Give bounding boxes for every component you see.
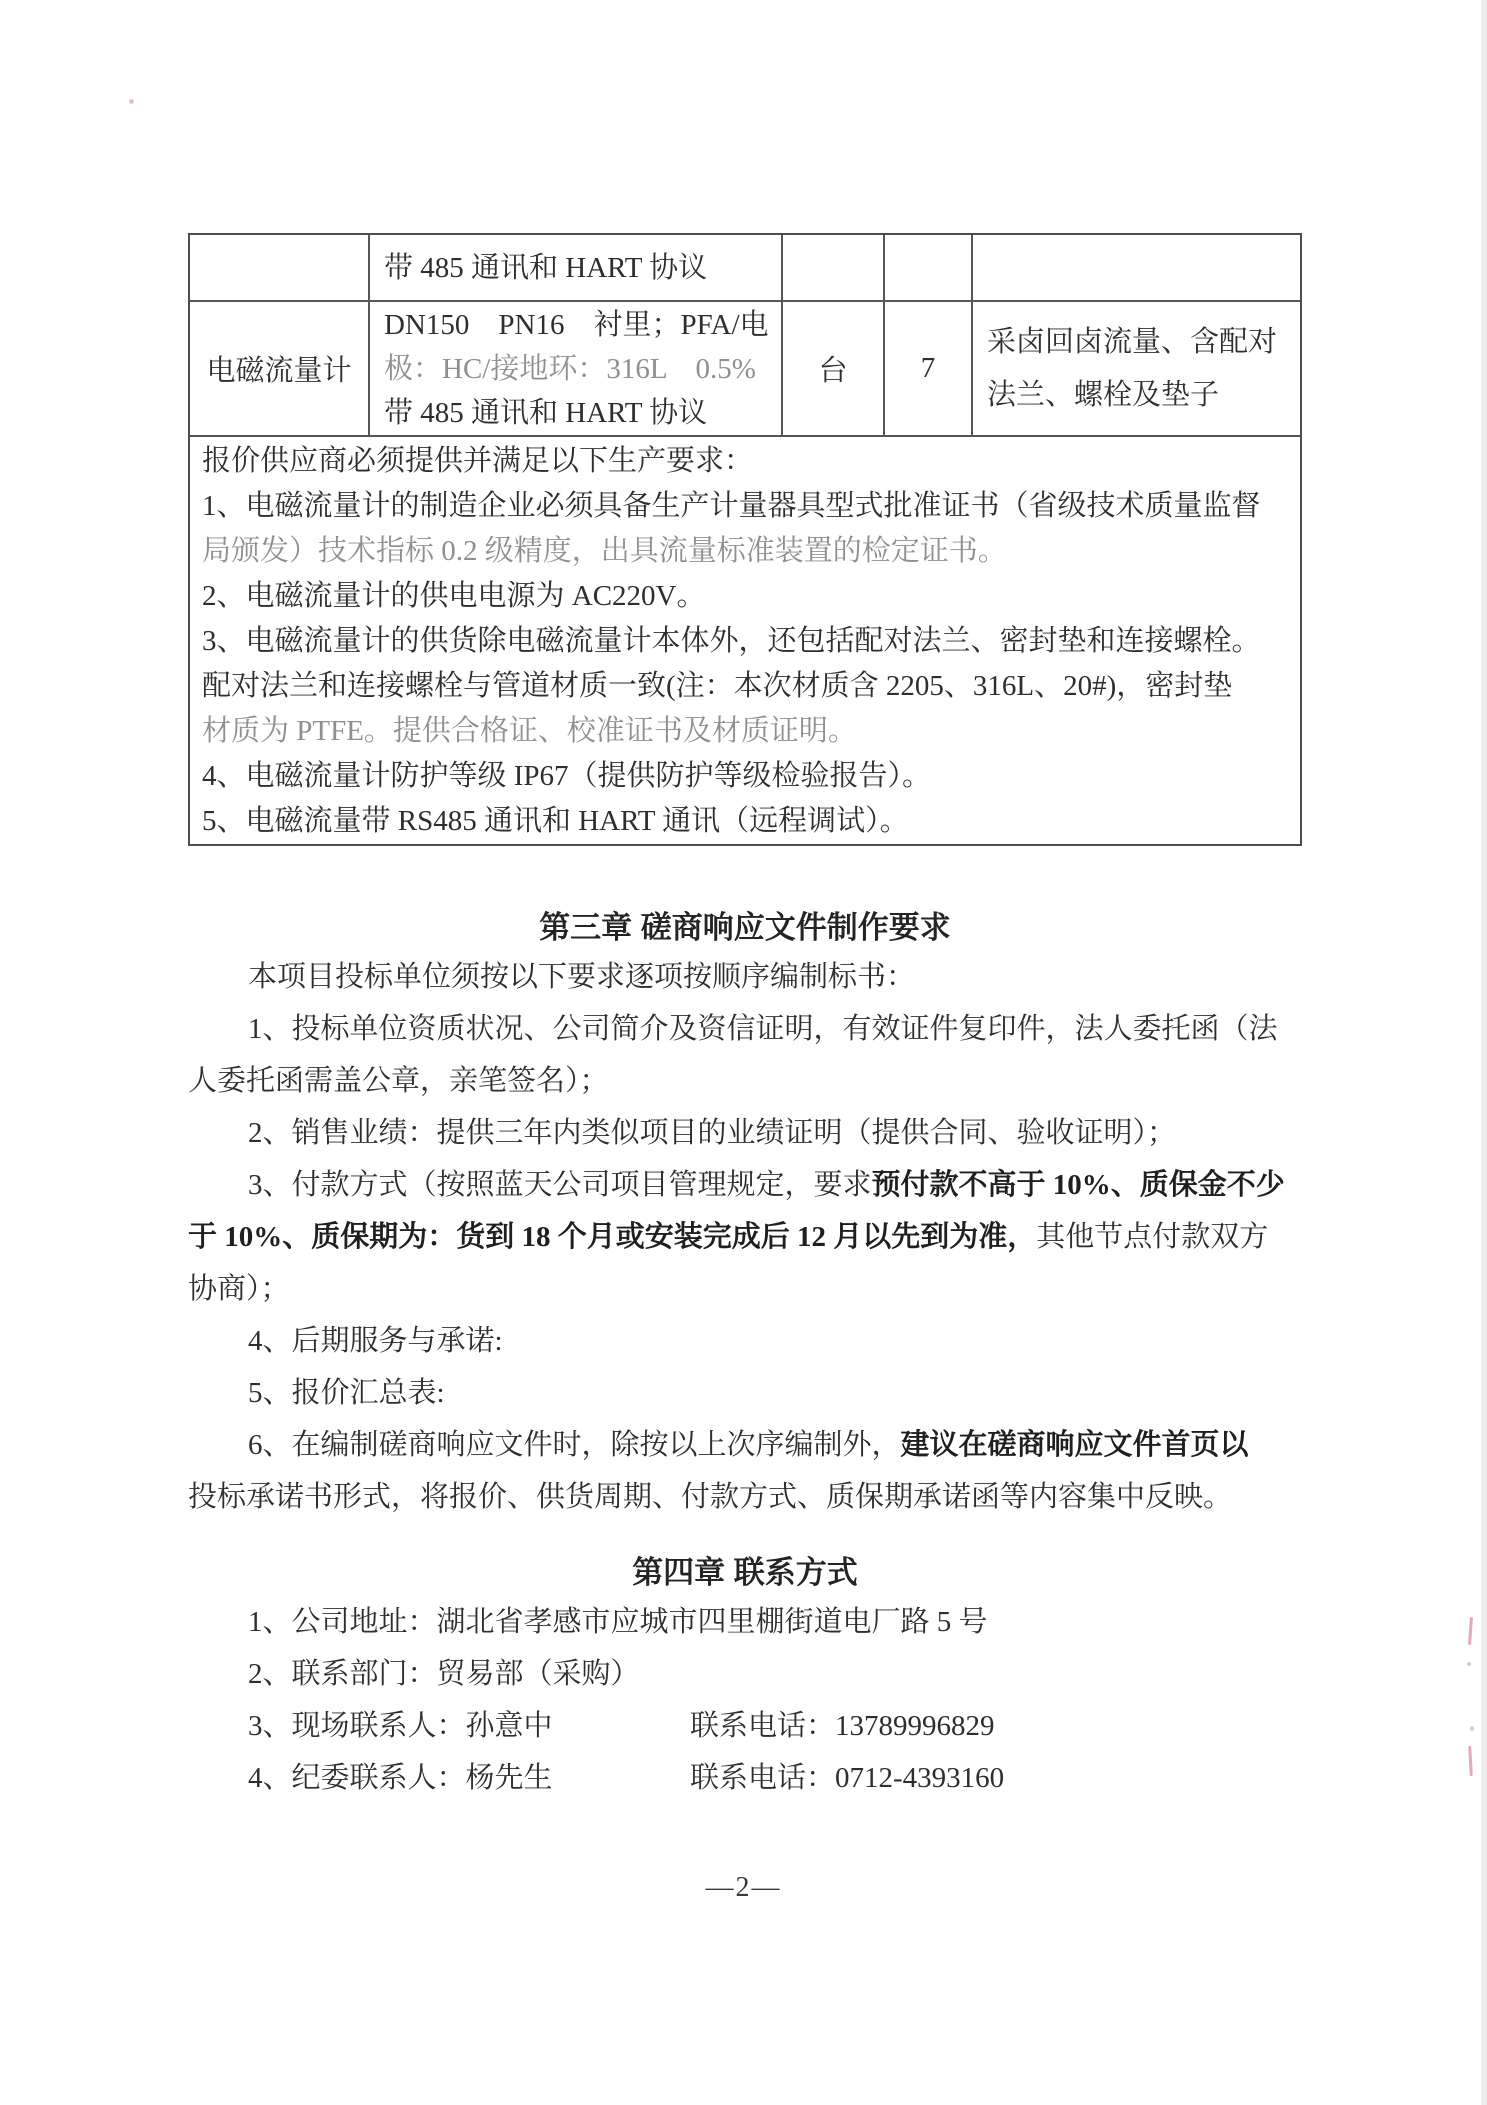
spec-table: 带 485 通讯和 HART 协议 电磁流量计 DN150 PN16 衬里；PF… xyxy=(188,233,1302,846)
table-row: 电磁流量计 DN150 PN16 衬里；PFA/电 极：HC/接地环：316L … xyxy=(190,302,1300,437)
item-3-line: 协商）； xyxy=(188,1263,1302,1315)
pink-speck xyxy=(1470,1726,1474,1731)
site-contact-line: 3、现场联系人：孙意中联系电话：13789996829 xyxy=(188,1700,1302,1752)
production-requirements-block: 报价供应商必须提供并满足以下生产要求： 1、电磁流量计的制造企业必须具备生产计量… xyxy=(190,437,1300,844)
cell-item-name-empty xyxy=(190,235,370,300)
cell-qty-empty xyxy=(885,235,973,300)
scan-edge-shadow xyxy=(1481,0,1487,2105)
discipline-contact-line: 4、纪委联系人：杨先生联系电话：0712-4393160 xyxy=(188,1752,1302,1804)
chapter-4-title: 第四章 联系方式 xyxy=(188,1550,1302,1596)
item-5-line: 5、报价汇总表: xyxy=(188,1367,1302,1419)
item-3-bold-text: 预付款不高于 10%、质保金不少 xyxy=(872,1169,1285,1201)
page-number: —2— xyxy=(0,1872,1487,1904)
spec-text-line: DN150 PN16 衬里；PFA/电 xyxy=(384,303,769,347)
scan-speck xyxy=(129,99,134,104)
item-2-line: 2、销售业绩：提供三年内类似项目的业绩证明（提供合同、验收证明）； xyxy=(188,1107,1302,1159)
spec-text: 带 485 通讯和 HART 协议 xyxy=(384,246,707,290)
item-6-bold-text: 建议在磋商响应文件首页以 xyxy=(901,1429,1249,1461)
requirement-line: 3、电磁流量计的供货除电磁流量计本体外，还包括配对法兰、密封垫和连接螺栓。 xyxy=(190,619,1300,664)
chapter-3-intro: 本项目投标单位须按以下要求逐项按顺序编制标书： xyxy=(188,951,1302,1003)
discipline-contact-name: 4、纪委联系人：杨先生 xyxy=(248,1752,690,1804)
scanned-document-page: 带 485 通讯和 HART 协议 电磁流量计 DN150 PN16 衬里；PF… xyxy=(0,0,1487,2105)
requirement-line: 2、电磁流量计的供电电源为 AC220V。 xyxy=(190,574,1300,619)
pink-pen-mark xyxy=(1468,1746,1473,1776)
chapter-3-title: 第三章 磋商响应文件制作要求 xyxy=(188,905,1302,951)
unit-text: 台 xyxy=(818,348,847,389)
requirement-line: 材质为 PTFE。提供合格证、校准证书及材质证明。 xyxy=(190,709,1300,754)
item-6-line: 6、在编制磋商响应文件时，除按以上次序编制外，建议在磋商响应文件首页以 xyxy=(188,1419,1302,1471)
item-4-line: 4、后期服务与承诺: xyxy=(188,1315,1302,1367)
item-6-normal-text: 6、在编制磋商响应文件时，除按以上次序编制外， xyxy=(248,1429,901,1461)
requirement-line: 局颁发）技术指标 0.2 级精度，出具流量标准装置的检定证书。 xyxy=(190,529,1300,574)
item-3-line: 3、付款方式（按照蓝天公司项目管理规定，要求预付款不高于 10%、质保金不少 xyxy=(188,1159,1302,1211)
item-1-line: 1、投标单位资质状况、公司简介及资信证明，有效证件复印件，法人委托函（法 xyxy=(188,1003,1302,1055)
cell-remark: 采卤回卤流量、含配对 法兰、螺栓及垫子 xyxy=(973,302,1300,435)
cell-spec: 带 485 通讯和 HART 协议 xyxy=(370,235,783,300)
discipline-contact-phone: 联系电话：0712-4393160 xyxy=(690,1762,1004,1794)
item-name-text: 电磁流量计 xyxy=(206,348,351,389)
item-3-bold-text: 于 10%、质保期为：货到 18 个月或安装完成后 12 月以先到为准， xyxy=(188,1221,1036,1253)
item-6-line: 投标承诺书形式，将报价、供货周期、付款方式、质保期承诺函等内容集中反映。 xyxy=(188,1471,1302,1523)
table-row: 带 485 通讯和 HART 协议 xyxy=(190,235,1300,302)
company-address-line: 1、公司地址：湖北省孝感市应城市四里棚街道电厂路 5 号 xyxy=(188,1596,1302,1648)
chapter-4-section: 第四章 联系方式 1、公司地址：湖北省孝感市应城市四里棚街道电厂路 5 号 2、… xyxy=(188,1550,1302,1804)
cell-spec: DN150 PN16 衬里；PFA/电 极：HC/接地环：316L 0.5% 带… xyxy=(370,302,783,435)
item-3-line: 于 10%、质保期为：货到 18 个月或安装完成后 12 月以先到为准，其他节点… xyxy=(188,1211,1302,1263)
remark-text-line: 采卤回卤流量、含配对 xyxy=(987,316,1277,369)
pink-pen-mark xyxy=(1468,1617,1473,1645)
requirement-line: 4、电磁流量计防护等级 IP67（提供防护等级检验报告）。 xyxy=(190,754,1300,799)
contact-department-line: 2、联系部门：贸易部（采购） xyxy=(188,1648,1302,1700)
cell-unit: 台 xyxy=(783,302,885,435)
pink-speck xyxy=(1467,1662,1471,1666)
item-3-normal-text: 3、付款方式（按照蓝天公司项目管理规定，要求 xyxy=(248,1169,872,1201)
requirement-line: 1、电磁流量计的制造企业必须具备生产计量器具型式批准证书（省级技术质量监督 xyxy=(190,484,1300,529)
qty-text: 7 xyxy=(921,352,936,385)
item-1-line: 人委托函需盖公章，亲笔签名）； xyxy=(188,1055,1302,1107)
item-3-normal-text: 其他节点付款双方 xyxy=(1036,1221,1268,1253)
cell-unit-empty xyxy=(783,235,885,300)
requirement-line: 配对法兰和连接螺栓与管道材质一致(注：本次材质含 2205、316L、20#)，… xyxy=(190,664,1300,709)
cell-item-name: 电磁流量计 xyxy=(190,302,370,435)
cell-remark-empty xyxy=(973,235,1300,300)
spec-text-line: 带 485 通讯和 HART 协议 xyxy=(384,391,707,435)
site-contact-name: 3、现场联系人：孙意中 xyxy=(248,1700,690,1752)
requirement-line: 5、电磁流量带 RS485 通讯和 HART 通讯（远程调试）。 xyxy=(190,799,1300,844)
chapter-3-section: 第三章 磋商响应文件制作要求 本项目投标单位须按以下要求逐项按顺序编制标书： 1… xyxy=(188,905,1302,1523)
spec-text-line: 极：HC/接地环：316L 0.5% xyxy=(384,347,756,391)
cell-qty: 7 xyxy=(885,302,973,435)
remark-text-line: 法兰、螺栓及垫子 xyxy=(987,369,1219,422)
site-contact-phone: 联系电话：13789996829 xyxy=(690,1710,995,1742)
requirement-line: 报价供应商必须提供并满足以下生产要求： xyxy=(190,439,1300,484)
